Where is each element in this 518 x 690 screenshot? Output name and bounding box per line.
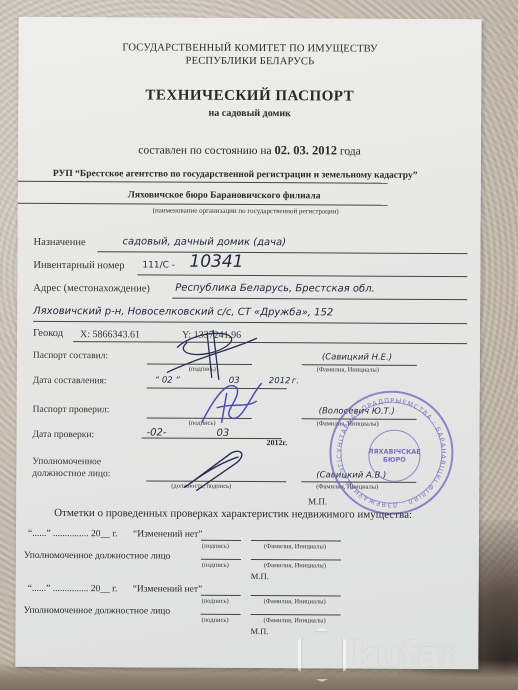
- seal-place: М.П.: [308, 496, 327, 506]
- check-year: 2012г.: [266, 438, 287, 447]
- check-entry-1-official-sig-caption: (подпись): [202, 562, 229, 569]
- kufar-watermark: kufar: [298, 628, 459, 682]
- check-entry-2-sig-caption: (подпись): [202, 598, 229, 605]
- official-stamp: УНІТАРНАЕ ПРАДПРЫЕМСТВА · БАРАНАВІЦКІ ФІ…: [329, 390, 454, 515]
- check-date-label: Дата проверки:: [32, 430, 94, 440]
- inventory-number: 10341: [189, 252, 243, 272]
- check-entry-2-official-name-line: [251, 614, 341, 615]
- compiled-year-suffix: г.: [292, 376, 299, 386]
- org-underline-1: [18, 181, 388, 184]
- as-of-line: составлен по состоянию на 02. 03. 2012 г…: [18, 142, 481, 159]
- check-entry-1-official-sig-line: [201, 559, 241, 560]
- inventory-prefix: 111/С -: [142, 260, 175, 270]
- document-title: ТЕХНИЧЕСКИЙ ПАСПОРТ: [18, 87, 481, 106]
- check-entry-1-seal: М.П.: [251, 571, 269, 581]
- kufar-watermark-text: kufar: [352, 635, 459, 676]
- check-entry-2-name-caption: (Фамилия, Инициалы): [264, 598, 326, 605]
- check-entry-2-official-sig-line: [201, 614, 241, 615]
- official-label-line-1: Уполномоченное: [32, 457, 101, 467]
- signature-official-scribble: [176, 443, 256, 498]
- committee-line-2: РЕСПУБЛИКИ БЕЛАРУСЬ: [18, 55, 481, 68]
- signature-checked-scribble: [192, 373, 272, 433]
- check-entry-1-date: “......” ............... 20__ г.: [28, 529, 118, 539]
- geocode-x: X: 5866343.61: [80, 329, 140, 340]
- check-entry-2-status: “Изменений нет”: [133, 584, 203, 594]
- purpose-underline: [97, 251, 467, 254]
- check-entry-2-name-line: [251, 595, 341, 596]
- check-entry-1-official-name-caption: (Фамилия, Инициалы): [264, 562, 326, 569]
- official-label-line-2: должностное лицо:: [32, 469, 110, 479]
- address-line-2: Ляховичский р-н, Новоселковский с/с, СТ …: [33, 306, 333, 319]
- check-entry-2-official-label: Уполномоченное должностное лицо: [24, 606, 171, 617]
- organization-line-1: РУП “Брестское агентство по государствен…: [53, 169, 418, 181]
- stamp-center: ЛЯХАВІЧСКАЕ БЮРО: [368, 430, 420, 482]
- checked-by-label: Паспорт проверил:: [33, 405, 110, 415]
- compiled-name-caption: (Фамилия, Инициалы): [317, 366, 379, 373]
- check-entry-2-official-sig-caption: (подпись): [202, 617, 229, 624]
- check-entry-2-seal: М.П.: [250, 626, 268, 636]
- stamp-center-line-2: БЮРО: [383, 456, 406, 465]
- org-underline-2: [18, 203, 388, 206]
- check-entry-1-name-caption: (Фамилия, Инициалы): [264, 543, 326, 550]
- check-entry-1-status: “Изменений нет”: [133, 529, 203, 539]
- as-of-suffix: года: [340, 145, 361, 157]
- inventory-underline: [137, 274, 467, 277]
- kufar-logo-icon: [298, 628, 346, 682]
- check-entry-2-date: “......” ............... 20__ г.: [28, 584, 118, 594]
- as-of-date: 02. 03. 2012: [275, 143, 338, 157]
- compiled-by-label: Паспорт составил:: [33, 351, 108, 361]
- check-date-line: [141, 437, 281, 439]
- purpose-value: садовый, дачный домик (дача): [122, 236, 286, 248]
- check-entry-1-name-line: [251, 540, 341, 541]
- geocode-underline: [73, 341, 467, 344]
- check-entry-1-official-name-line: [251, 559, 341, 560]
- check-entry-1-sig-line: [201, 540, 241, 541]
- check-entry-2-official-name-caption: (Фамилия, Инициалы): [264, 617, 326, 624]
- purpose-label: Назначение: [33, 237, 85, 248]
- check-entry-1-sig-caption: (подпись): [202, 543, 229, 550]
- stamp-center-line-1: ЛЯХАВІЧСКАЕ: [368, 447, 421, 456]
- check-entry-2-sig-line: [201, 595, 241, 596]
- committee-line-1: ГОСУДАРСТВЕННЫЙ КОМИТЕТ ПО ИМУЩЕСТВУ: [19, 42, 482, 55]
- compiled-by-name: (Савицкий Н.Е.): [322, 352, 392, 362]
- geocode-label: Геокод: [33, 328, 63, 339]
- address-underline-1: [172, 298, 467, 301]
- check-entry-1-official-label: Уполномоченное должностное лицо: [24, 551, 171, 562]
- organization-caption: (наименование организации по государстве…: [153, 206, 339, 215]
- compiled-year: 2012: [269, 376, 291, 386]
- compiled-date-label: Дата составления:: [33, 376, 107, 386]
- as-of-prefix: составлен по состоянию на: [138, 144, 271, 157]
- document-subtitle: на садовый домик: [18, 107, 481, 120]
- organization-line-2: Ляховичское бюро Барановичского филиала: [128, 190, 321, 201]
- address-line-1: Республика Беларусь, Брестская обл.: [175, 283, 375, 295]
- checks-heading: Отметки о проведенных проверках характер…: [54, 507, 412, 521]
- technical-passport-page: ГОСУДАРСТВЕННЫЙ КОМИТЕТ ПО ИМУЩЕСТВУ РЕС…: [15, 17, 481, 669]
- inventory-label: Инвентарный номер: [33, 260, 124, 271]
- address-label: Адрес (местонахождение): [33, 283, 150, 295]
